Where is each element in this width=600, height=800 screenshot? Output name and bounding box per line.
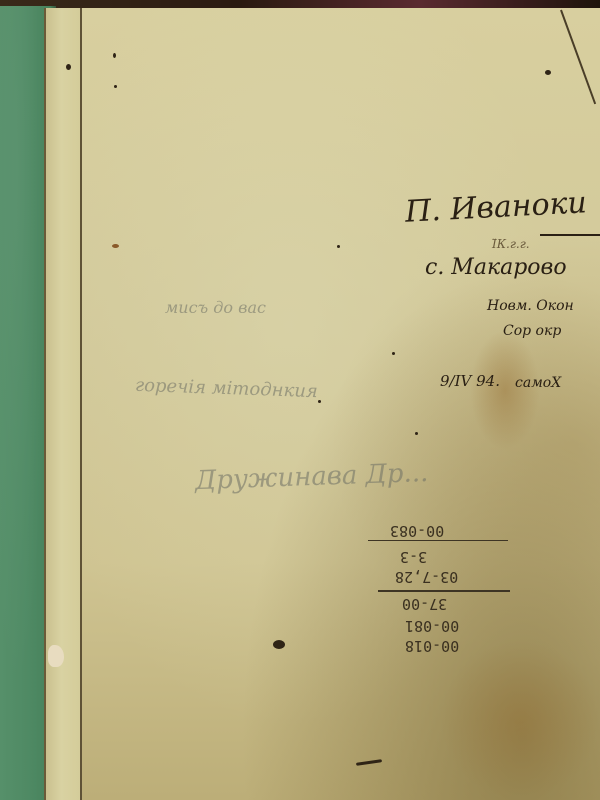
stain-spot [112,244,119,248]
signature-flourish [540,234,600,236]
water-stain [440,640,600,800]
ink-spot [273,640,285,649]
speck [337,245,340,248]
calc-rule-sum [378,590,510,592]
calc-rule-top [368,540,508,541]
speck [318,400,321,403]
calc-line-6: 00-018 [405,637,459,655]
spine-strip [44,8,84,800]
calc-line-3: 03-7,28 [395,568,458,586]
speck [113,53,116,58]
district-line-1: Новм. Окон [487,298,574,314]
calc-line-2: 3-3 [400,548,427,566]
speck [545,70,551,75]
speck [114,85,117,88]
date: 9/IV 94. [440,372,500,390]
calc-line-5: 00-081 [405,617,459,635]
speck [415,432,418,435]
speck [66,64,71,70]
document-scan: П. Иваноки Ӏ̈К.г.г. с. Макарово Новм. Ок… [0,0,600,800]
paper-tear [48,645,64,667]
trailing-word: самоХ [515,375,561,391]
pencil-line-1: мисъ до вас [165,298,266,317]
speck [392,352,395,355]
calc-line-4: 37-00 [402,595,447,613]
district-line-2: Сор окр [503,323,561,339]
calc-line-1: 00-083 [390,522,444,540]
village-name: с. Макарово [425,255,567,280]
superscript-note: Ӏ̈К.г.г. [492,237,530,251]
